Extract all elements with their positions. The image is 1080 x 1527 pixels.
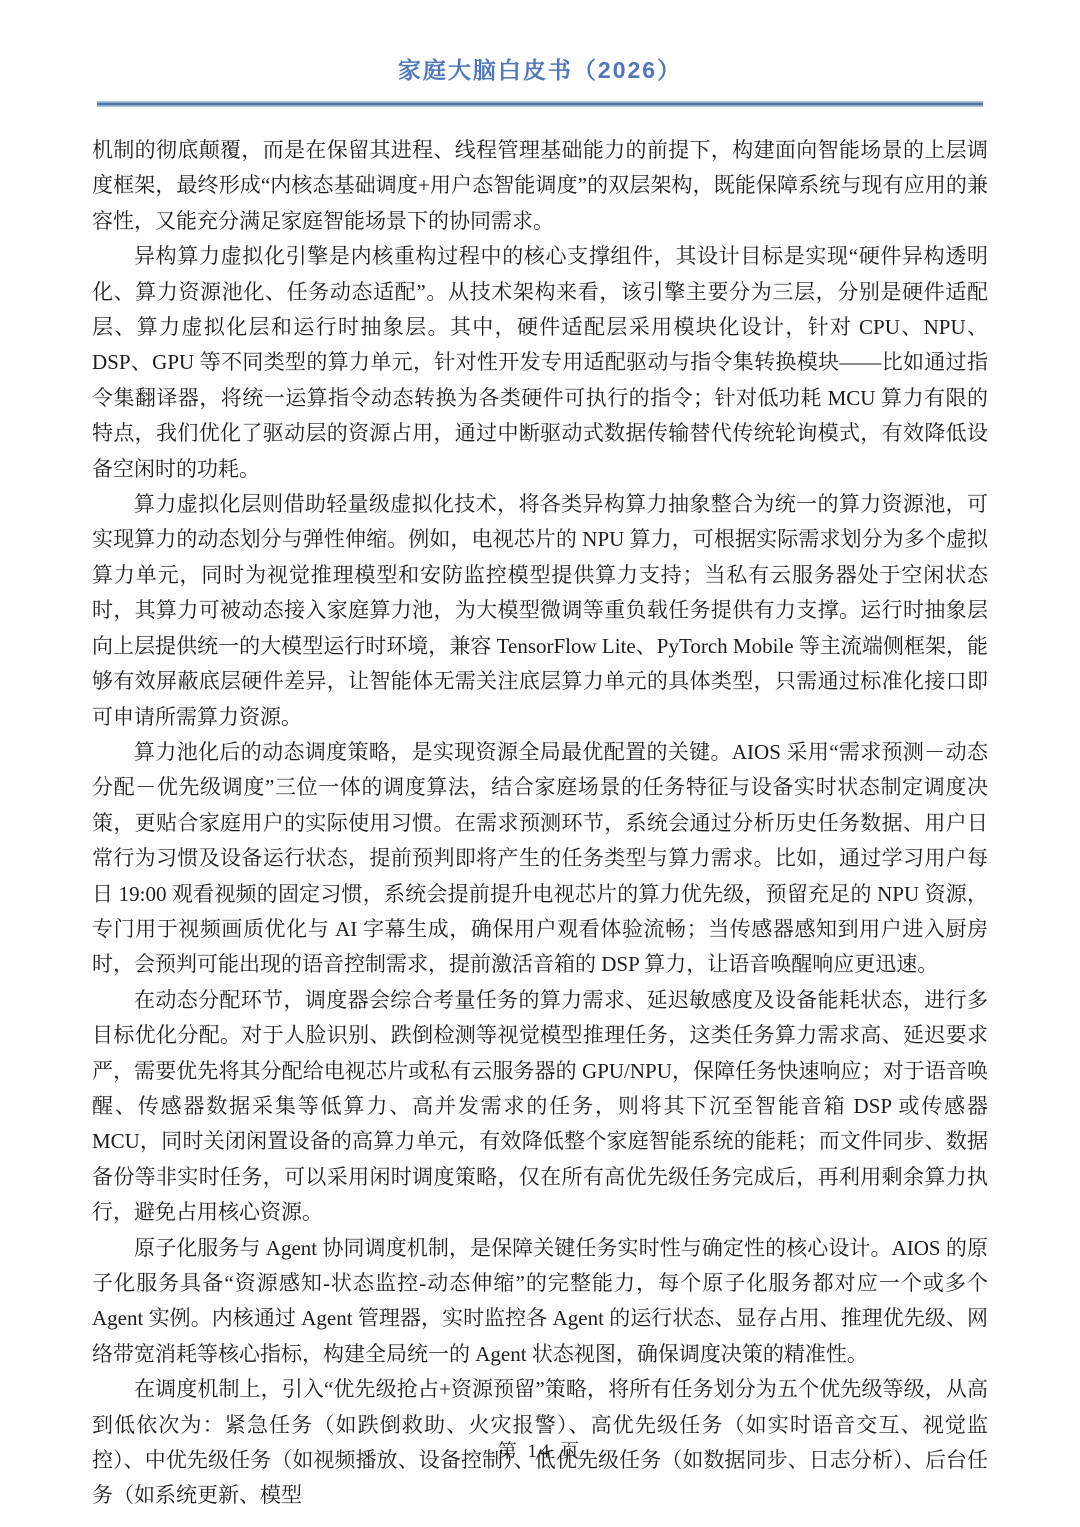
document-page: 家庭大脑白皮书（2026） 机制的彻底颠覆，而是在保留其进程、线程管理基础能力的… xyxy=(0,0,1080,1527)
paragraph: 算力池化后的动态调度策略，是实现资源全局最优配置的关键。AIOS 采用“需求预测… xyxy=(92,735,988,983)
paragraph: 原子化服务与 Agent 协同调度机制，是保障关键任务实时性与确定性的核心设计。… xyxy=(92,1231,988,1373)
paragraph: 机制的彻底颠覆，而是在保留其进程、线程管理基础能力的前提下，构建面向智能场景的上… xyxy=(92,133,988,239)
page-header: 家庭大脑白皮书（2026） xyxy=(0,0,1080,85)
header-title: 家庭大脑白皮书（2026） xyxy=(398,52,682,85)
body-paragraphs: 机制的彻底颠覆，而是在保留其进程、线程管理基础能力的前提下，构建面向智能场景的上… xyxy=(92,133,988,1514)
header-divider-rule xyxy=(97,101,983,107)
paragraph: 异构算力虚拟化引擎是内核重构过程中的核心支撑组件，其设计目标是实现“硬件异构透明… xyxy=(92,239,988,487)
paragraph: 在动态分配环节，调度器会综合考量任务的算力需求、延迟敏感度及设备能耗状态，进行多… xyxy=(92,983,988,1231)
footer-page-number: 第 14 页 xyxy=(0,1436,1080,1463)
paragraph: 算力虚拟化层则借助轻量级虚拟化技术，将各类异构算力抽象整合为统一的算力资源池，可… xyxy=(92,487,988,735)
